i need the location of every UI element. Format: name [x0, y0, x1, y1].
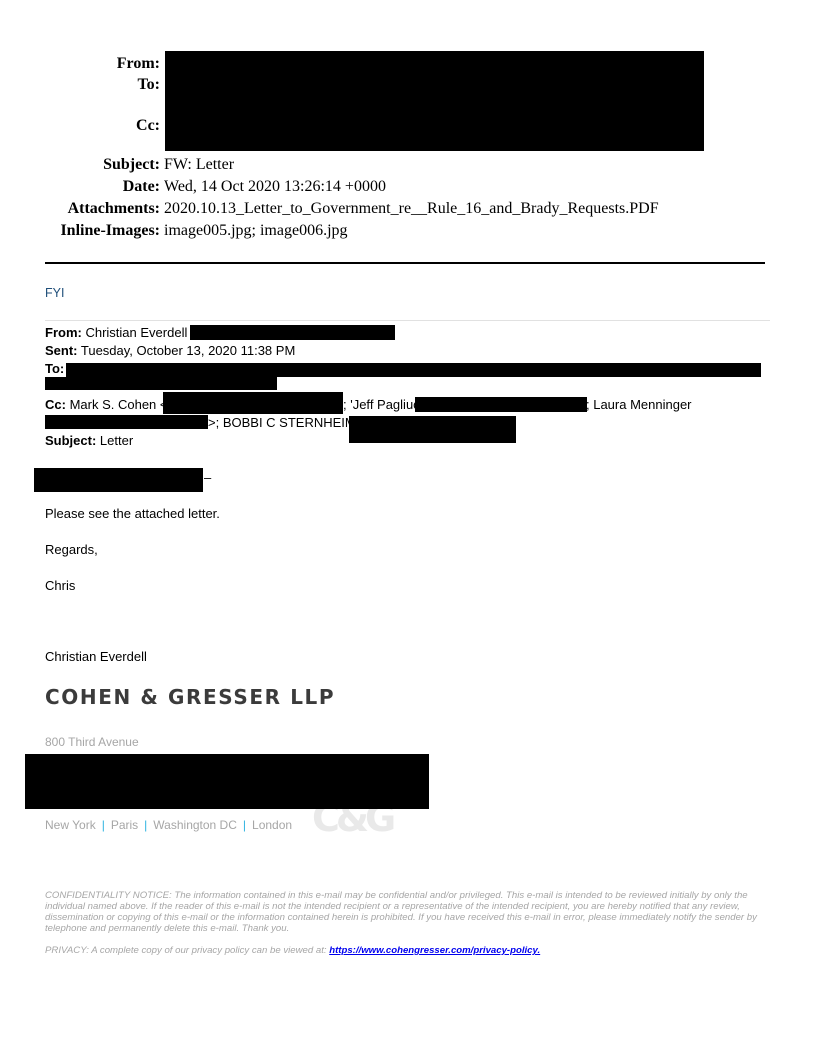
- office-paris: Paris: [111, 818, 138, 832]
- firm-logo: COHEN & GRESSER LLP: [45, 685, 335, 709]
- original-cc-line: Cc: Mark S. Cohen <: [45, 396, 167, 414]
- office-locations: New York|Paris|Washington DC|London: [45, 818, 292, 832]
- redaction-cc-email-3: [45, 415, 208, 429]
- office-separator: |: [102, 818, 105, 832]
- original-subject-label: Subject:: [45, 433, 96, 448]
- redaction-cc-email-4: [349, 416, 516, 443]
- to-label: To:: [137, 74, 160, 96]
- redaction-to-recipients-2: [45, 377, 277, 390]
- original-sent-value: Tuesday, October 13, 2020 11:38 PM: [81, 343, 295, 358]
- body-line-2: Regards,: [45, 541, 98, 559]
- redaction-greeting: [34, 468, 203, 492]
- greeting-dash: –: [204, 469, 211, 487]
- attachments-label: Attachments:: [68, 198, 160, 220]
- privacy-notice: PRIVACY: A complete copy of our privacy …: [45, 945, 765, 956]
- office-washington-dc: Washington DC: [153, 818, 237, 832]
- inline-images-value: image005.jpg; image006.jpg: [164, 220, 348, 242]
- quote-divider: [45, 320, 770, 321]
- original-cc-label: Cc:: [45, 397, 66, 412]
- redaction-cc-email-1: [163, 392, 343, 414]
- office-separator: |: [144, 818, 147, 832]
- inline-images-label: Inline-Images:: [60, 220, 160, 242]
- subject-value: FW: Letter: [164, 154, 234, 176]
- redaction-to-recipients-1: [66, 363, 761, 377]
- header-divider: [45, 262, 765, 264]
- attachment-file-link[interactable]: 2020.10.13_Letter_to_Government_re__Rule…: [164, 198, 659, 220]
- redaction-header-addresses: [165, 51, 704, 151]
- office-london: London: [252, 818, 292, 832]
- original-sent-label: Sent:: [45, 343, 78, 358]
- original-sent-line: Sent: Tuesday, October 13, 2020 11:38 PM: [45, 342, 295, 360]
- original-subject-value: Letter: [100, 433, 133, 448]
- date-value: Wed, 14 Oct 2020 13:26:14 +0000: [164, 176, 386, 198]
- forward-note: FYI: [45, 284, 64, 302]
- redaction-cc-email-2: [415, 397, 587, 412]
- redaction-from-email: [190, 325, 395, 340]
- original-from-value: Christian Everdell: [85, 325, 187, 340]
- cc-part-1: Mark S. Cohen <: [70, 397, 168, 412]
- signature-name: Christian Everdell: [45, 649, 147, 664]
- office-separator: |: [243, 818, 246, 832]
- subject-label: Subject:: [103, 154, 160, 176]
- confidentiality-notice: CONFIDENTIALITY NOTICE: The information …: [45, 890, 765, 934]
- original-from-line: From: Christian Everdell: [45, 324, 187, 342]
- body-line-1: Please see the attached letter.: [45, 505, 220, 523]
- address-line-1: 800 Third Avenue: [45, 735, 139, 749]
- original-to-line: To:: [45, 360, 64, 378]
- cc-part-3: ; Laura Menninger: [586, 396, 692, 414]
- cc-part-4: >; BOBBI C STERNHEIM <: [208, 414, 367, 432]
- body-line-3: Chris: [45, 577, 75, 595]
- from-label: From:: [117, 53, 160, 75]
- original-to-label: To:: [45, 361, 64, 376]
- original-subject-line: Subject: Letter: [45, 432, 133, 450]
- original-from-label: From:: [45, 325, 82, 340]
- redaction-contact-details: [25, 754, 429, 809]
- privacy-prefix: PRIVACY: A complete copy of our privacy …: [45, 945, 329, 956]
- privacy-policy-link[interactable]: https://www.cohengresser.com/privacy-pol…: [329, 945, 540, 956]
- cc-label: Cc:: [136, 115, 160, 137]
- date-label: Date:: [123, 176, 160, 198]
- office-new-york: New York: [45, 818, 96, 832]
